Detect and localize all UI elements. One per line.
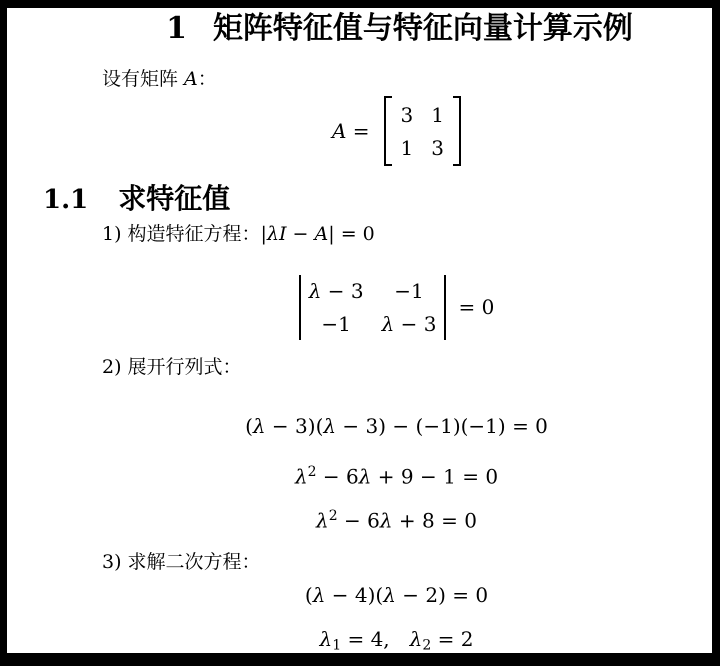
det-cell-01: −1 bbox=[394, 281, 423, 301]
math-segment: + 8 = 0 bbox=[393, 509, 477, 533]
section-number: 1 bbox=[166, 11, 187, 46]
paragraph-step-1: 1) 构造特征方程：|λI − A| = 0 bbox=[102, 222, 375, 247]
determinant-cells: λ − 3 −1 −1 λ − 3 bbox=[299, 275, 447, 340]
math-segment: − 3 bbox=[394, 312, 436, 336]
math-segment: 2 bbox=[422, 638, 431, 654]
matrix-cell-10: 1 bbox=[401, 138, 414, 158]
matrix-cells: 3 1 1 3 bbox=[392, 100, 453, 163]
math-segment: 设有矩阵 bbox=[102, 68, 184, 90]
equation-eigenvalues-result: λ1 = 4, λ2 = 2 bbox=[7, 629, 712, 653]
math-segment: λ bbox=[380, 509, 393, 533]
paragraph-step-3: 3) 求解二次方程： bbox=[102, 550, 261, 575]
math-segment: 2) 展开行列式： bbox=[102, 356, 242, 378]
matrix-lhs: A = bbox=[332, 121, 370, 141]
left-bracket bbox=[384, 96, 392, 166]
math-segment: 2 bbox=[329, 508, 338, 524]
paragraph-step-2: 2) 展开行列式： bbox=[102, 355, 242, 380]
subsection-title-text: 求特征值 bbox=[118, 182, 230, 215]
math-segment: − 3)( bbox=[266, 414, 324, 438]
math-segment: λ bbox=[313, 583, 326, 607]
math-segment: −1 bbox=[394, 279, 423, 303]
det-cell-11: λ − 3 bbox=[382, 314, 437, 334]
math-segment: − 4)( bbox=[325, 583, 383, 607]
math-segment: λ bbox=[295, 465, 308, 489]
math-segment: = bbox=[346, 119, 369, 143]
subsection-number: 1.1 bbox=[43, 185, 88, 215]
math-segment: − 3) − (−1)(−1) = 0 bbox=[336, 414, 548, 438]
math-segment: λ bbox=[309, 279, 322, 303]
math-segment bbox=[390, 627, 410, 651]
math-segment: λI bbox=[267, 223, 287, 245]
math-segment: λ bbox=[323, 414, 336, 438]
document-title: 1矩阵特征值与特征向量计算示例 bbox=[7, 11, 712, 47]
math-segment: ： bbox=[198, 68, 217, 90]
right-bracket bbox=[453, 96, 461, 166]
math-segment: − bbox=[287, 223, 315, 245]
math-segment: = 2 bbox=[431, 627, 473, 651]
math-segment: − 6 bbox=[338, 509, 380, 533]
math-segment: + 9 − 1 = 0 bbox=[371, 465, 498, 489]
subsection-heading: 1.1求特征值 bbox=[43, 184, 230, 215]
equation-expand-2: λ2 − 6λ + 9 − 1 = 0 bbox=[7, 465, 712, 487]
matrix-cell-11: 3 bbox=[431, 138, 444, 158]
section-title-text: 矩阵特征值与特征向量计算示例 bbox=[213, 11, 633, 46]
math-segment: λ bbox=[253, 414, 266, 438]
math-segment: λ bbox=[359, 465, 372, 489]
math-segment: 1) 构造特征方程：| bbox=[102, 223, 267, 245]
math-segment: 2 bbox=[308, 464, 317, 480]
det-cell-10: −1 bbox=[321, 314, 350, 334]
math-segment: = 0 bbox=[458, 295, 494, 319]
document-page: 1矩阵特征值与特征向量计算示例 设有矩阵 A： A = 3 1 1 3 1.1求… bbox=[0, 0, 720, 666]
math-segment: A bbox=[184, 68, 198, 90]
math-segment: λ bbox=[316, 509, 329, 533]
determinant-rhs: = 0 bbox=[458, 297, 494, 317]
math-segment: A bbox=[332, 119, 346, 143]
matrix-definition-equation: A = 3 1 1 3 bbox=[7, 96, 712, 166]
matrix-cell-00: 3 bbox=[401, 105, 414, 125]
math-segment: = 4, bbox=[341, 627, 390, 651]
equation-expand-3: λ2 − 6λ + 8 = 0 bbox=[7, 509, 712, 531]
math-segment: λ bbox=[410, 627, 423, 651]
math-segment: λ bbox=[382, 312, 395, 336]
math-segment: 3) 求解二次方程： bbox=[102, 551, 261, 573]
math-segment: | = 0 bbox=[328, 223, 375, 245]
det-cell-00: λ − 3 bbox=[309, 281, 364, 301]
equation-solve-factored: (λ − 4)(λ − 2) = 0 bbox=[7, 585, 712, 605]
math-segment: − 6 bbox=[317, 465, 359, 489]
math-segment: ( bbox=[245, 414, 253, 438]
math-segment: ( bbox=[305, 583, 313, 607]
math-segment: − 3 bbox=[321, 279, 363, 303]
math-segment: 1 bbox=[332, 638, 341, 654]
math-segment: A bbox=[315, 223, 329, 245]
paragraph-intro: 设有矩阵 A： bbox=[102, 67, 217, 92]
equation-expand-1: (λ − 3)(λ − 3) − (−1)(−1) = 0 bbox=[7, 416, 712, 436]
math-segment: λ bbox=[320, 627, 333, 651]
math-segment: −1 bbox=[321, 312, 350, 336]
determinant-equation: λ − 3 −1 −1 λ − 3 = 0 bbox=[7, 266, 712, 348]
math-segment: − 2) = 0 bbox=[396, 583, 488, 607]
math-segment: λ bbox=[383, 583, 396, 607]
matrix-cell-01: 1 bbox=[431, 105, 444, 125]
